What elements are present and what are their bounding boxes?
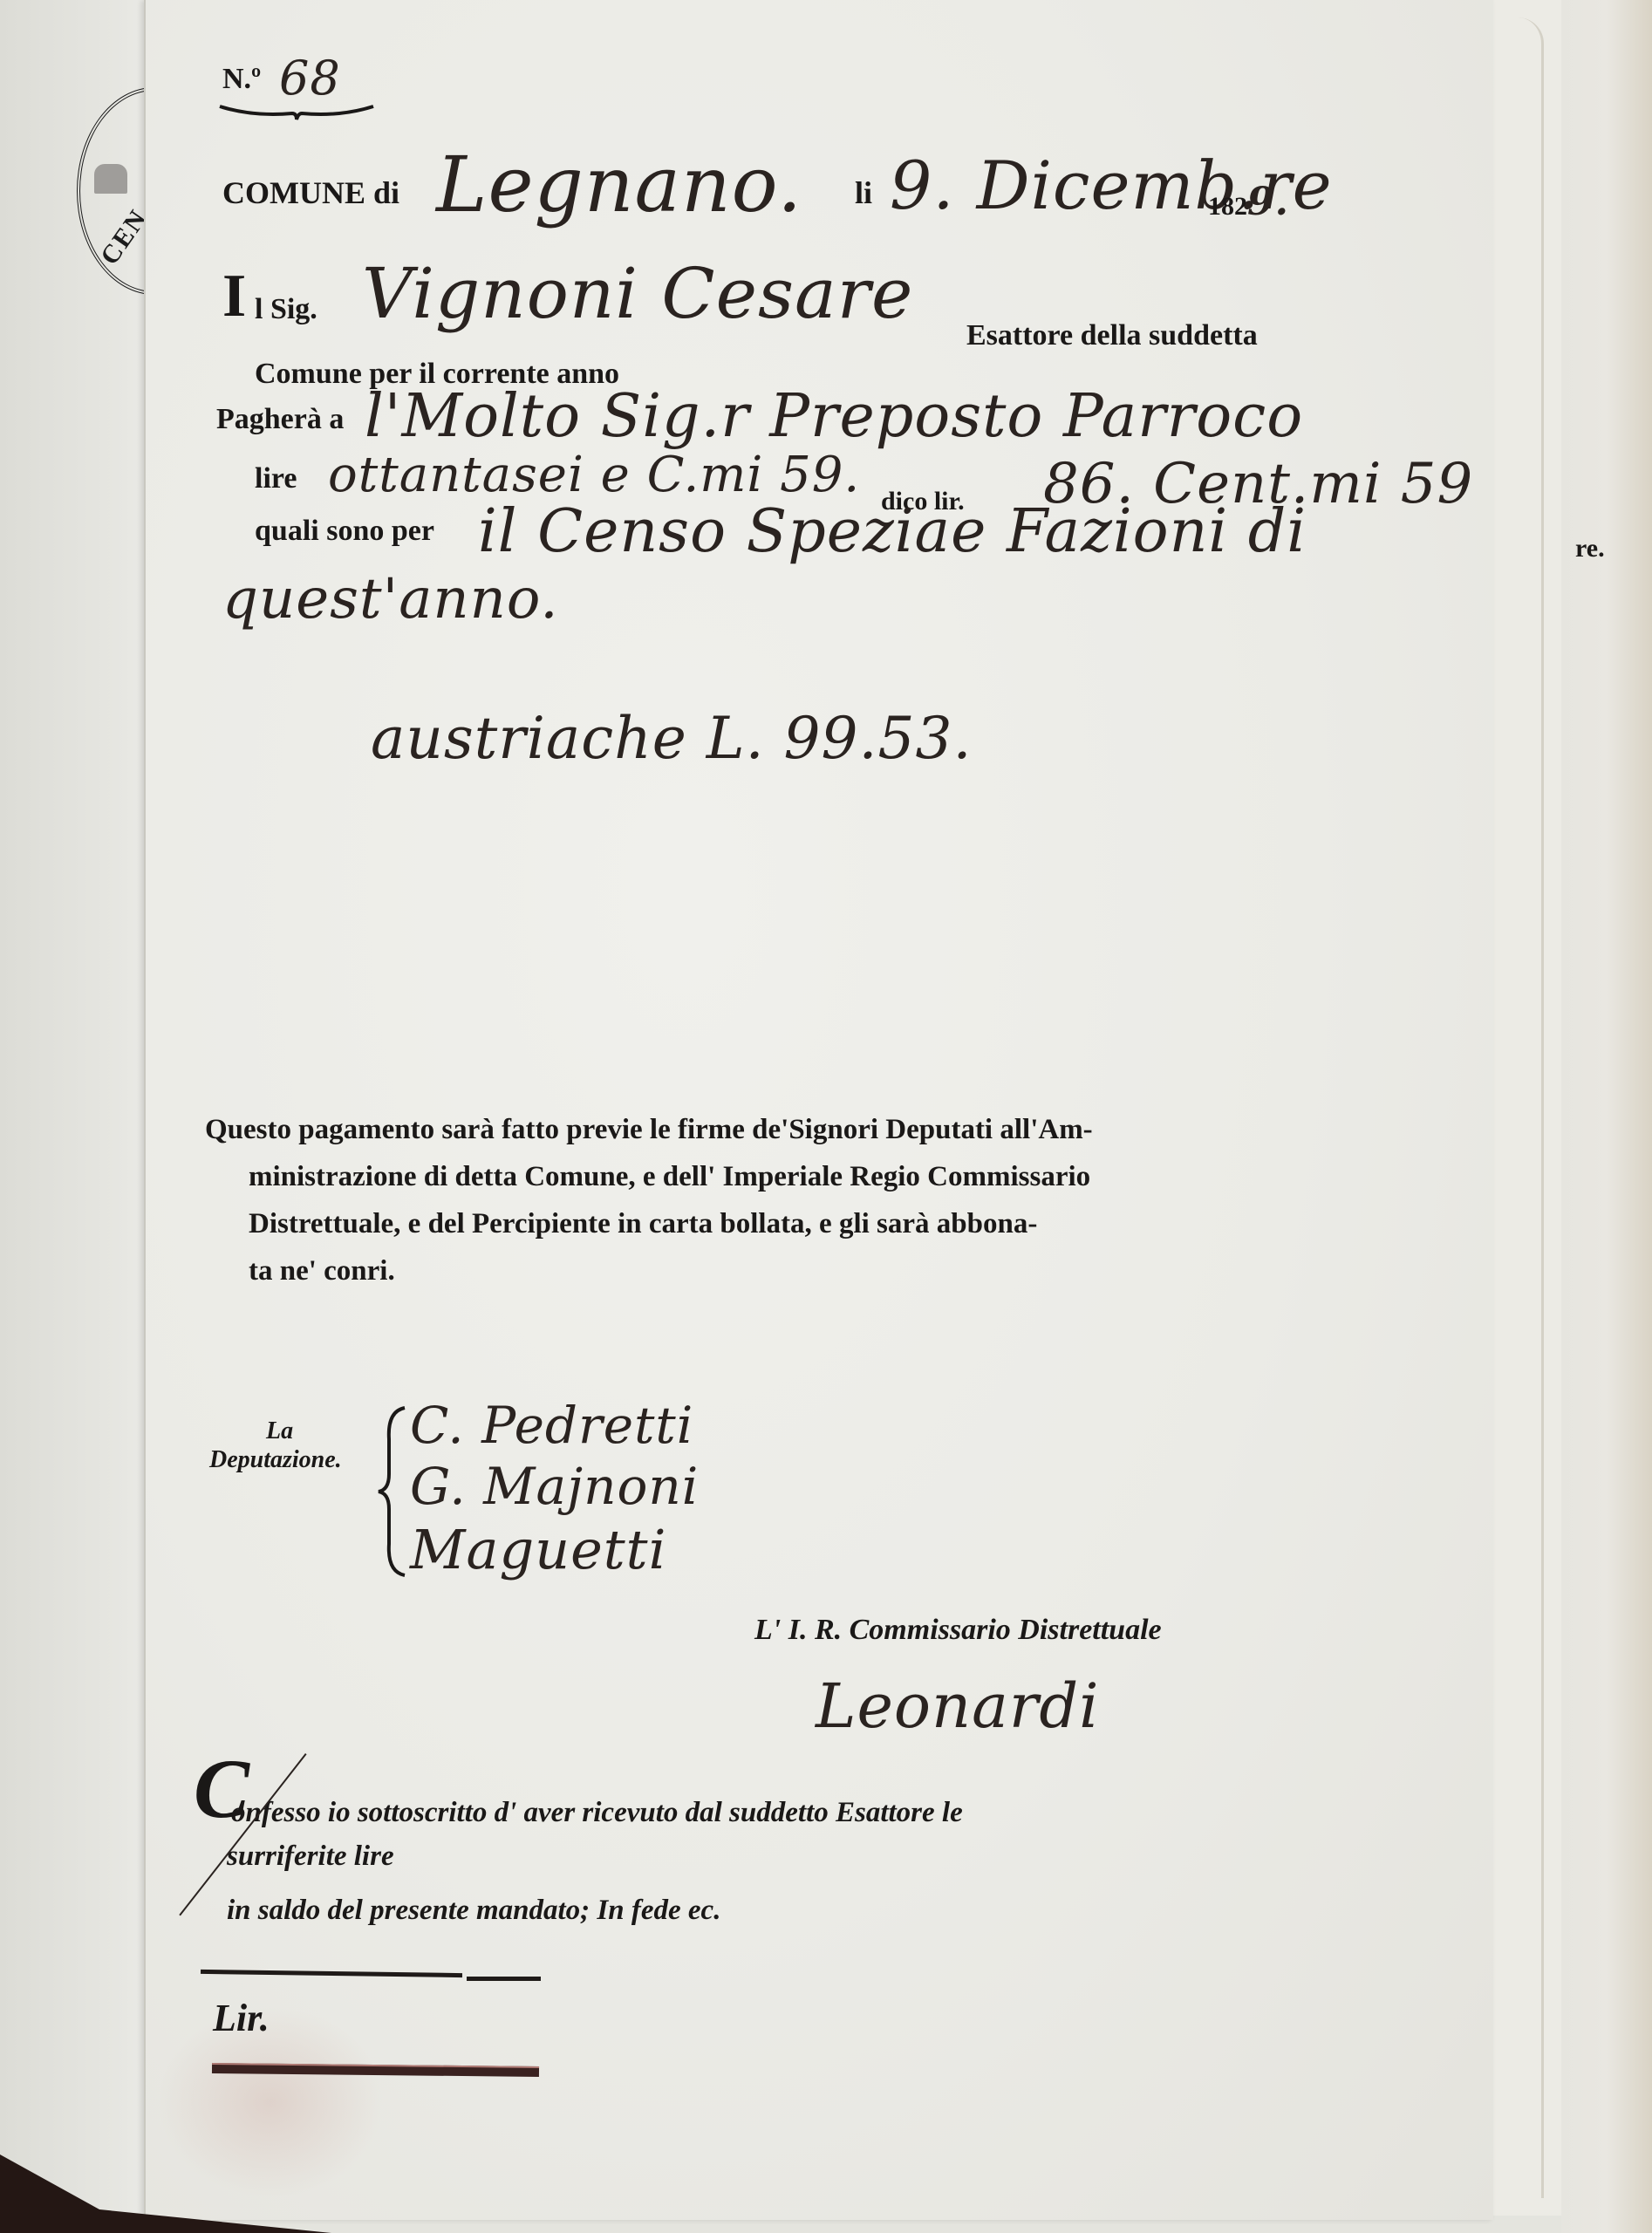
payer-name: Vignoni Cesare <box>362 253 913 334</box>
payee-label: Pagherà a <box>216 403 344 436</box>
comune-label: COMUNE di <box>222 174 399 211</box>
conditions-line: Distrettuale, e del Percipiente in carta… <box>205 1200 1339 1247</box>
rule-line <box>467 1977 541 1981</box>
place-name: Legnano. <box>436 140 802 229</box>
conditions-line: ta ne' conri. <box>205 1247 1339 1294</box>
number-label: N.º <box>222 63 261 96</box>
document-number: 68 <box>279 51 341 106</box>
paper-stain-bottom <box>157 2006 384 2198</box>
drop-cap-I: I <box>222 262 246 331</box>
brace-ornament-icon <box>218 103 375 120</box>
sig-label: l Sig. <box>255 293 317 326</box>
commissario-title: L' I. R. Commissario Distrettuale <box>754 1614 1162 1647</box>
austrian-amount: austriache L. 99.53. <box>371 705 972 772</box>
signature-deputy-2: G. Majnoni <box>410 1457 699 1516</box>
conditions-line: ministrazione di detta Comune, e dell' I… <box>205 1153 1339 1200</box>
conditions-paragraph: Questo pagamento sarà fatto previe le fi… <box>205 1106 1339 1294</box>
receipt-line-1: onfesso io sottoscritto d' aver ricevuto… <box>231 1797 963 1829</box>
payee-name: l'Molto Sig.r Preposto Parroco <box>365 382 1303 451</box>
signature-deputy-3: Maguetti <box>410 1518 666 1581</box>
signature-deputy-1: C. Pedretti <box>410 1396 693 1455</box>
stamp-emblem-icon <box>94 164 127 194</box>
lire-label: lire <box>255 462 297 495</box>
conditions-line: Questo pagamento sarà fatto previe le fi… <box>205 1106 1339 1153</box>
purpose-text-line1: il Censo Speziae Fazioni di <box>478 497 1307 566</box>
right-margin-fragment: re. <box>1575 534 1605 563</box>
signature-commissario: Leonardi <box>816 1670 1100 1742</box>
lir-label: Lir. <box>213 1996 270 2040</box>
receipt-line-3: in saldo del presente mandato; In fede e… <box>227 1895 720 1927</box>
background-sheet-left <box>0 0 166 2233</box>
purpose-text-line2: quest'anno. <box>222 567 559 632</box>
deputazione-label-2: Deputazione. <box>209 1446 342 1474</box>
paper-stain <box>1506 17 1544 2198</box>
esattore-label: Esattore della suddetta <box>966 319 1258 352</box>
year-printed: 1829. <box>1208 180 1289 224</box>
year-hand: 9. <box>1247 180 1289 224</box>
amount-words: ottantasei e C.mi 59. <box>328 447 860 503</box>
purpose-label: quali sono per <box>255 515 434 548</box>
background-edge-right <box>1561 0 1652 2233</box>
receipt-line-2: surriferite lire <box>227 1840 394 1873</box>
date-prefix: li <box>855 174 872 211</box>
year-print: 182 <box>1208 192 1247 221</box>
curly-brace-icon <box>375 1404 410 1579</box>
deputazione-label-1: La <box>266 1417 293 1445</box>
